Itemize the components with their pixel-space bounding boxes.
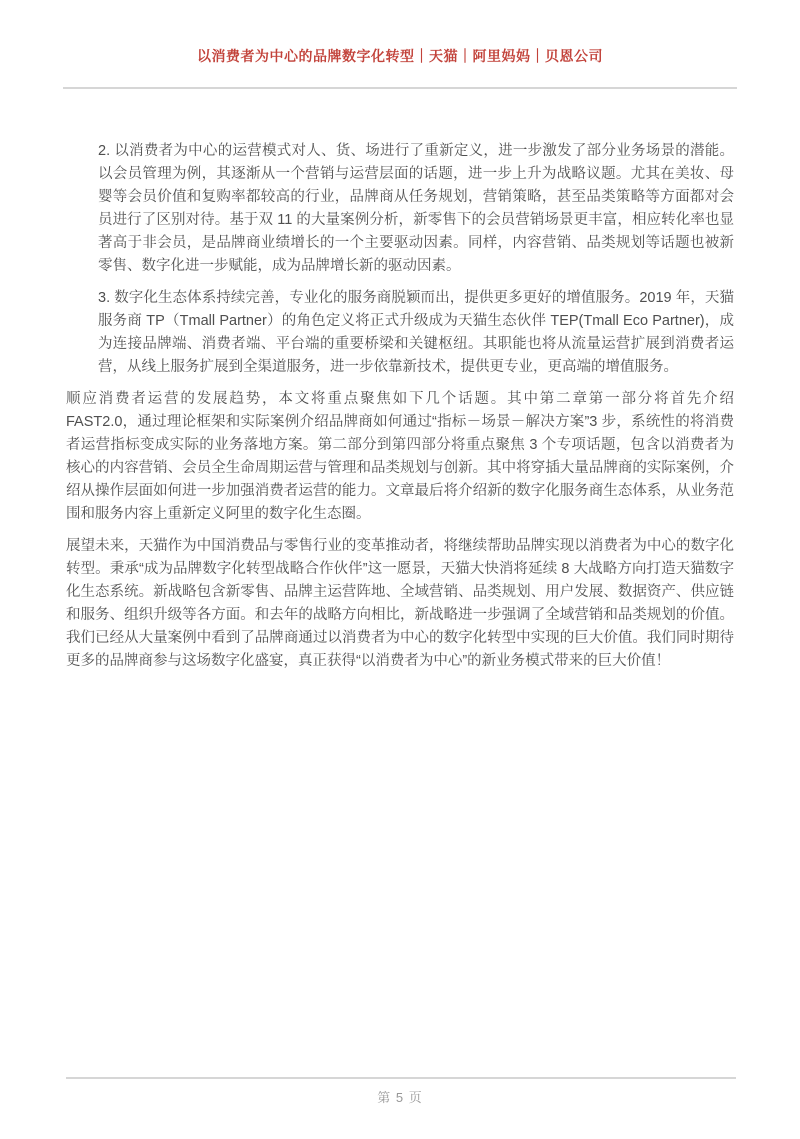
paragraph-numbered-3: 3. 数字化生态体系持续完善，专业化的服务商脱颖而出，提供更多更好的增值服务。2…: [66, 287, 734, 379]
document-body: 2. 以消费者为中心的运营模式对人、货、场进行了重新定义，进一步激发了部分业务场…: [66, 140, 734, 682]
header-divider: [63, 87, 737, 89]
footer-divider: [66, 1077, 736, 1079]
page-number: 第 5 页: [0, 1087, 800, 1106]
paragraph-future-outlook: 展望未来，天猫作为中国消费品与零售行业的变革推动者，将继续帮助品牌实现以消费者为…: [66, 535, 734, 673]
page-header-title: 以消费者为中心的品牌数字化转型｜天猫｜阿里妈妈｜贝恩公司: [0, 46, 800, 66]
document-page: 以消费者为中心的品牌数字化转型｜天猫｜阿里妈妈｜贝恩公司 2. 以消费者为中心的…: [0, 0, 800, 1139]
paragraph-topics-overview: 顺应消费者运营的发展趋势，本文将重点聚焦如下几个话题。其中第二章第一部分将首先介…: [66, 388, 734, 526]
paragraph-numbered-2: 2. 以消费者为中心的运营模式对人、货、场进行了重新定义，进一步激发了部分业务场…: [66, 140, 734, 278]
